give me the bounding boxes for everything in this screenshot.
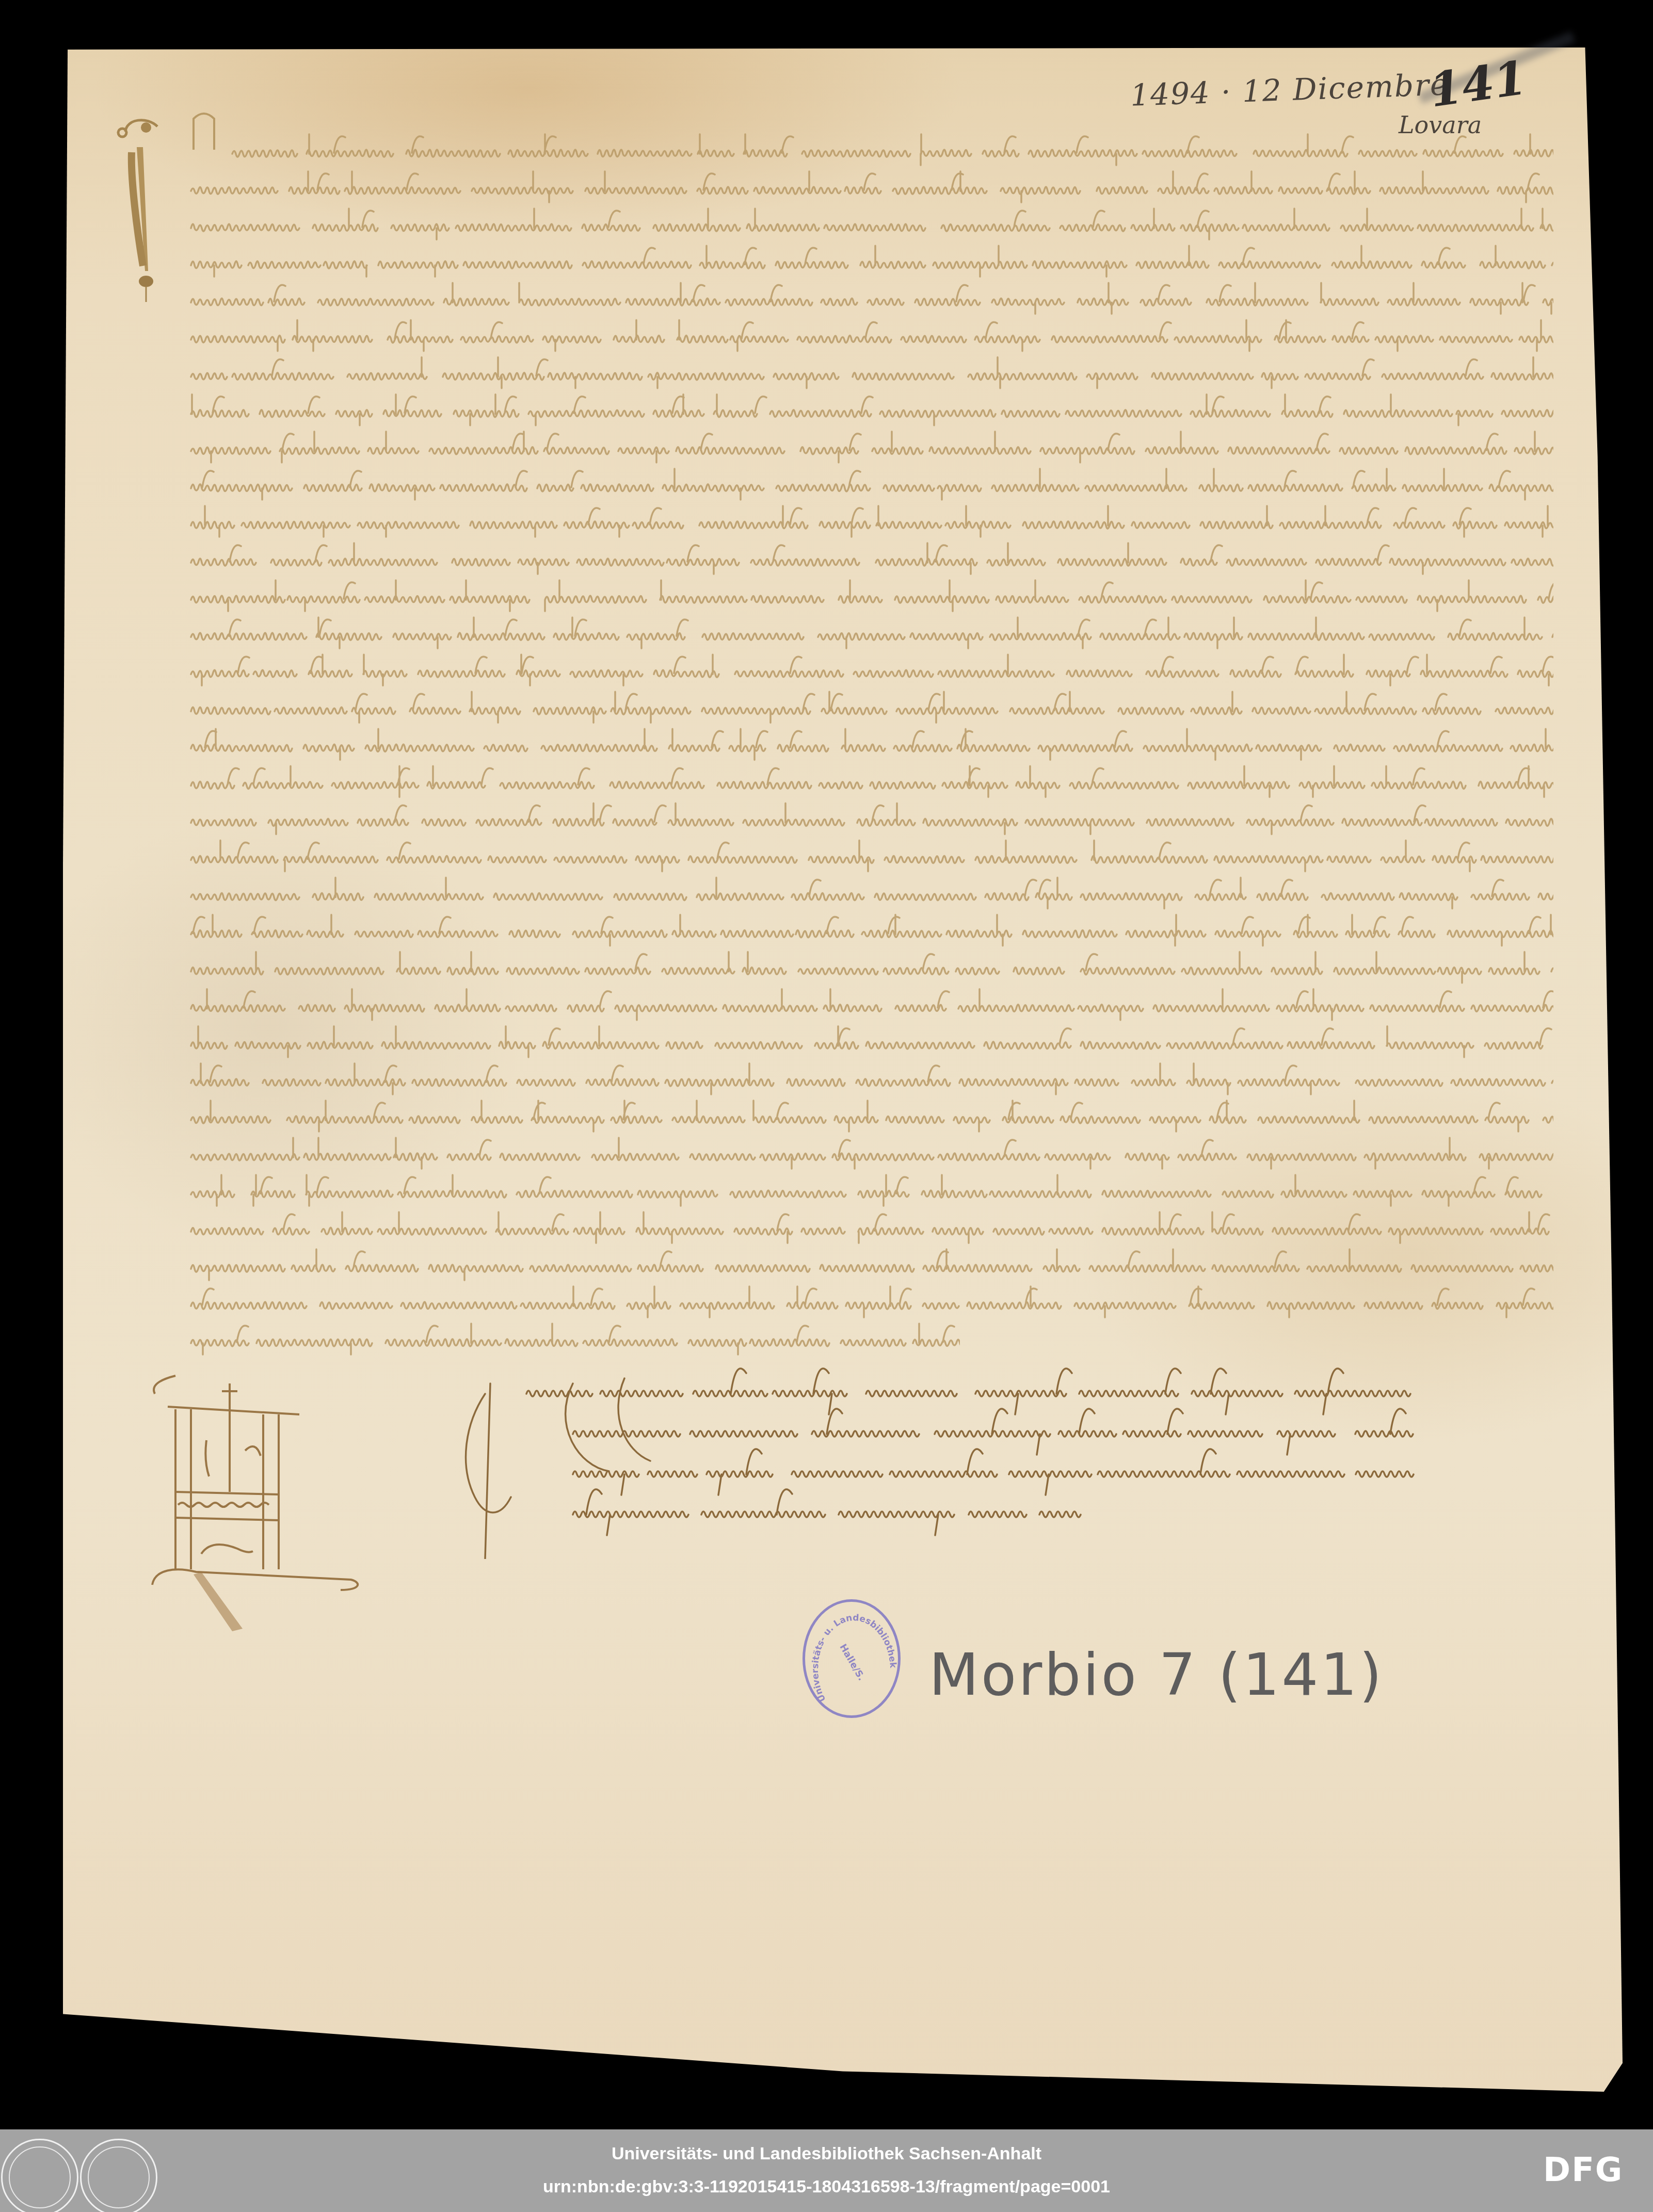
text-line (186, 464, 1569, 501)
text-line (186, 278, 1569, 315)
dfg-logo: DFG (1543, 2151, 1623, 2189)
notary-sign-icon (145, 1363, 372, 1631)
text-line (186, 687, 1569, 724)
text-line (186, 910, 1569, 947)
text-line (186, 501, 1569, 538)
text-line (186, 241, 1569, 278)
text-line (186, 352, 1569, 389)
document-viewer: 1494 · 12 Dicembre Lovara 141 (0, 0, 1653, 2129)
text-line (186, 315, 1569, 352)
text-line (186, 1170, 1569, 1207)
text-line (186, 1058, 1569, 1095)
text-line (186, 538, 1569, 575)
text-line (186, 426, 1569, 464)
shelfmark-annotation: Morbio 7 (141) (929, 1642, 1384, 1709)
text-line (186, 1318, 1569, 1356)
text-line (186, 166, 1569, 203)
manuscript-body-text (186, 129, 1569, 1356)
text-line (186, 724, 1569, 761)
text-line (186, 1133, 1569, 1170)
text-line (186, 612, 1569, 649)
text-line (186, 835, 1569, 872)
text-line (186, 872, 1569, 910)
text-line (186, 984, 1569, 1021)
text-line (186, 1244, 1569, 1281)
text-line (186, 389, 1569, 426)
text-line (186, 947, 1569, 984)
text-line (186, 649, 1569, 687)
footer-bar: Universitäts- und Landesbibliothek Sachs… (0, 2129, 1653, 2212)
decorated-initial-icon (116, 116, 173, 302)
svg-text:Halle/S.: Halle/S. (837, 1642, 866, 1682)
text-line (186, 761, 1569, 798)
text-line (186, 129, 1569, 166)
text-line (186, 1207, 1569, 1244)
institution-name: Universitäts- und Landesbibliothek Sachs… (0, 2144, 1653, 2164)
text-line (186, 798, 1569, 835)
notary-signature (454, 1363, 1435, 1559)
urn-identifier[interactable]: urn:nbn:de:gbv:3:3-1192015415-1804316598… (0, 2177, 1653, 2197)
text-line (186, 1095, 1569, 1133)
stamp-icon: Universitäts- u. Landesbibliothek Halle/… (805, 1602, 903, 1721)
text-line (186, 575, 1569, 612)
text-line (186, 1021, 1569, 1058)
text-line (186, 203, 1569, 241)
library-stamp: Universitäts- u. Landesbibliothek Halle/… (803, 1599, 901, 1718)
text-line (186, 1281, 1569, 1318)
